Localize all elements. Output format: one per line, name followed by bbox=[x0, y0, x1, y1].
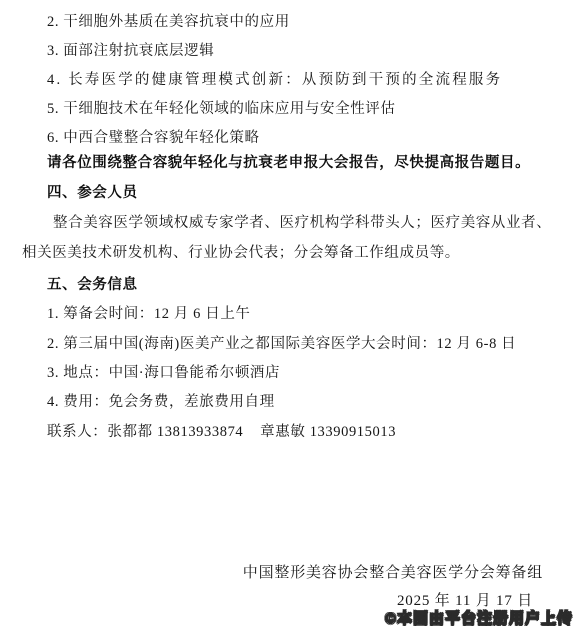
logistics-item-1: 1. 筹备会时间：12 月 6 日上午 bbox=[47, 304, 251, 324]
section-heading-logistics: 五、会务信息 bbox=[47, 275, 138, 295]
document-page: 2. 干细胞外基质在美容抗衰中的应用 3. 面部注射抗衰底层逻辑 4. 长寿医学… bbox=[0, 0, 574, 626]
attendees-paragraph-line1: 整合美容医学领域权威专家学者、医疗机构学科带头人；医疗美容从业者、 bbox=[53, 213, 551, 233]
notice-text: 请各位围绕整合容貌年轻化与抗衰老申报大会报告，尽快提高报告题目。 bbox=[47, 153, 530, 173]
uploader-watermark: ©本图由平台注册用户上传 bbox=[385, 607, 573, 626]
logistics-item-2: 2. 第三届中国(海南)医美产业之都国际美容医学大会时间：12 月 6-8 日 bbox=[47, 334, 516, 354]
topic-item-2: 2. 干细胞外基质在美容抗衰中的应用 bbox=[47, 12, 290, 32]
signature-organization: 中国整形美容协会整合美容医学分会筹备组 bbox=[243, 563, 543, 583]
topic-item-3: 3. 面部注射抗衰底层逻辑 bbox=[47, 41, 214, 61]
attendees-paragraph-line2: 相关医美技术研发机构、行业协会代表；分会筹备工作组成员等。 bbox=[22, 243, 460, 263]
logistics-item-3: 3. 地点：中国·海口鲁能希尔顿酒店 bbox=[47, 363, 280, 383]
topic-item-4: 4. 长寿医学的健康管理模式创新：从预防到干预的全流程服务 bbox=[47, 70, 502, 90]
logistics-item-4: 4. 费用：免会务费，差旅费用自理 bbox=[47, 392, 275, 412]
section-heading-attendees: 四、参会人员 bbox=[47, 183, 138, 203]
topic-item-6: 6. 中西合璧整合容貌年轻化策略 bbox=[47, 128, 260, 148]
contact-line: 联系人：张都都 13813933874 章惠敏 13390915013 bbox=[47, 422, 396, 442]
topic-item-5: 5. 干细胞技术在年轻化领域的临床应用与安全性评估 bbox=[47, 99, 396, 119]
